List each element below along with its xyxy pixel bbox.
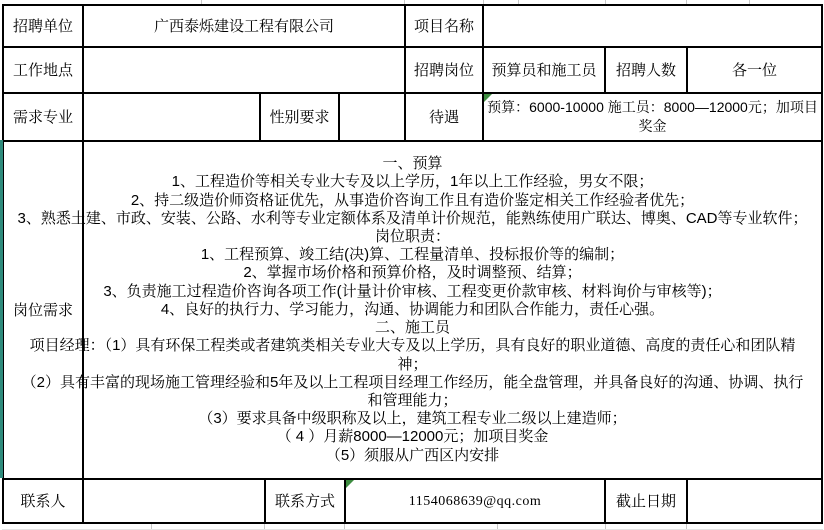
- cell-salary-value[interactable]: 预算：6000-10000 施工员：8000—12000元；加项目奖金: [484, 94, 821, 140]
- cell-deadline-value[interactable]: [688, 480, 821, 522]
- requirement-line: 1、工程造价等相关专业大专及以上学历，1年以上工作经验，男女不限；: [172, 173, 654, 191]
- cell-project-name-value[interactable]: [484, 6, 821, 46]
- requirement-line: （ 4 ）月薪8000—12000元；加项目奖金: [277, 428, 549, 446]
- header-required-major: 需求专业: [4, 94, 82, 140]
- cell-headcount-value[interactable]: 各一位: [688, 48, 821, 92]
- cell-error-marker-icon: [346, 480, 354, 488]
- requirement-line: 岗位职责：: [375, 228, 450, 246]
- cell-contact-person-value[interactable]: [84, 480, 264, 522]
- table-border-line: [821, 4, 823, 524]
- requirement-line: 2、掌握市场价格和预算价格，及时调整预、结算；: [243, 264, 581, 282]
- cell-job-requirements-value[interactable]: 一、预算1、工程造价等相关专业大专及以上学历，1年以上工作经验，男女不限；2、持…: [4, 142, 821, 478]
- header-contact-method: 联系方式: [266, 480, 344, 522]
- cell-recruiting-position-value[interactable]: 预算员和施工员: [484, 48, 604, 92]
- cell-recruiting-unit-value[interactable]: 广西泰烁建设工程有限公司: [84, 6, 404, 46]
- header-recruiting-unit: 招聘单位: [4, 6, 82, 46]
- header-headcount: 招聘人数: [606, 48, 686, 92]
- requirement-line: 和管理能力；: [367, 392, 457, 410]
- header-salary: 待遇: [406, 94, 482, 140]
- cell-contact-email-value[interactable]: 1154068639@qq.com: [346, 480, 604, 522]
- requirement-line: 二、施工员: [375, 319, 450, 337]
- header-contact-person: 联系人: [4, 480, 82, 522]
- requirement-line: （5）须服从广西区内安排: [326, 447, 499, 465]
- cell-gender-requirement-value[interactable]: [340, 94, 404, 140]
- requirement-line: （3）要求具备中级职称及以上，建筑工程专业二级以上建造师；: [198, 410, 626, 428]
- header-gender-requirement: 性别要求: [261, 94, 338, 140]
- cell-error-marker-icon: [484, 94, 492, 102]
- cell-work-location-value[interactable]: [84, 48, 404, 92]
- table-border-line: [2, 522, 823, 524]
- header-recruiting-position: 招聘岗位: [406, 48, 482, 92]
- header-project-name: 项目名称: [406, 6, 482, 46]
- requirement-line: 3、负责施工过程造价咨询各项工作(计量计价审核、工程变更价款审核、材料询价与审核…: [103, 283, 721, 301]
- requirement-line: 项目经理：（1）具有环保工程类或者建筑类相关专业大专及以上学历，具有良好的职业道…: [30, 337, 796, 355]
- requirement-line: 神；: [397, 356, 427, 374]
- requirement-line: 4、良好的执行力、学习能力，沟通、协调能力和团队合作能力，责任心强。: [161, 301, 664, 319]
- requirement-line: 2、持二级造价师资格证优先，从事造价咨询工作且有造价鉴定相关工作经验者优先；: [131, 192, 694, 210]
- sheet-edge-accent: [0, 140, 3, 478]
- cell-required-major-value[interactable]: [84, 94, 259, 140]
- header-work-location: 工作地点: [4, 48, 82, 92]
- requirement-line: 3、熟悉土建、市政、安装、公路、水利等专业定额体系及清单计价规范，能熟练使用广联…: [17, 210, 807, 228]
- requirement-line: 一、预算: [382, 155, 442, 173]
- requirement-line: （2）具有丰富的现场施工管理经验和5年及以上工程项目经理工作经历，能全盘管理，并…: [22, 374, 804, 392]
- requirement-line: 1、工程预算、竣工结(决)算、工程量清单、投标报价等的编制；: [201, 246, 624, 264]
- recruitment-table: 招聘单位 广西泰烁建设工程有限公司 项目名称 工作地点 招聘岗位 预算员和施工员…: [0, 0, 824, 530]
- header-deadline: 截止日期: [606, 480, 686, 522]
